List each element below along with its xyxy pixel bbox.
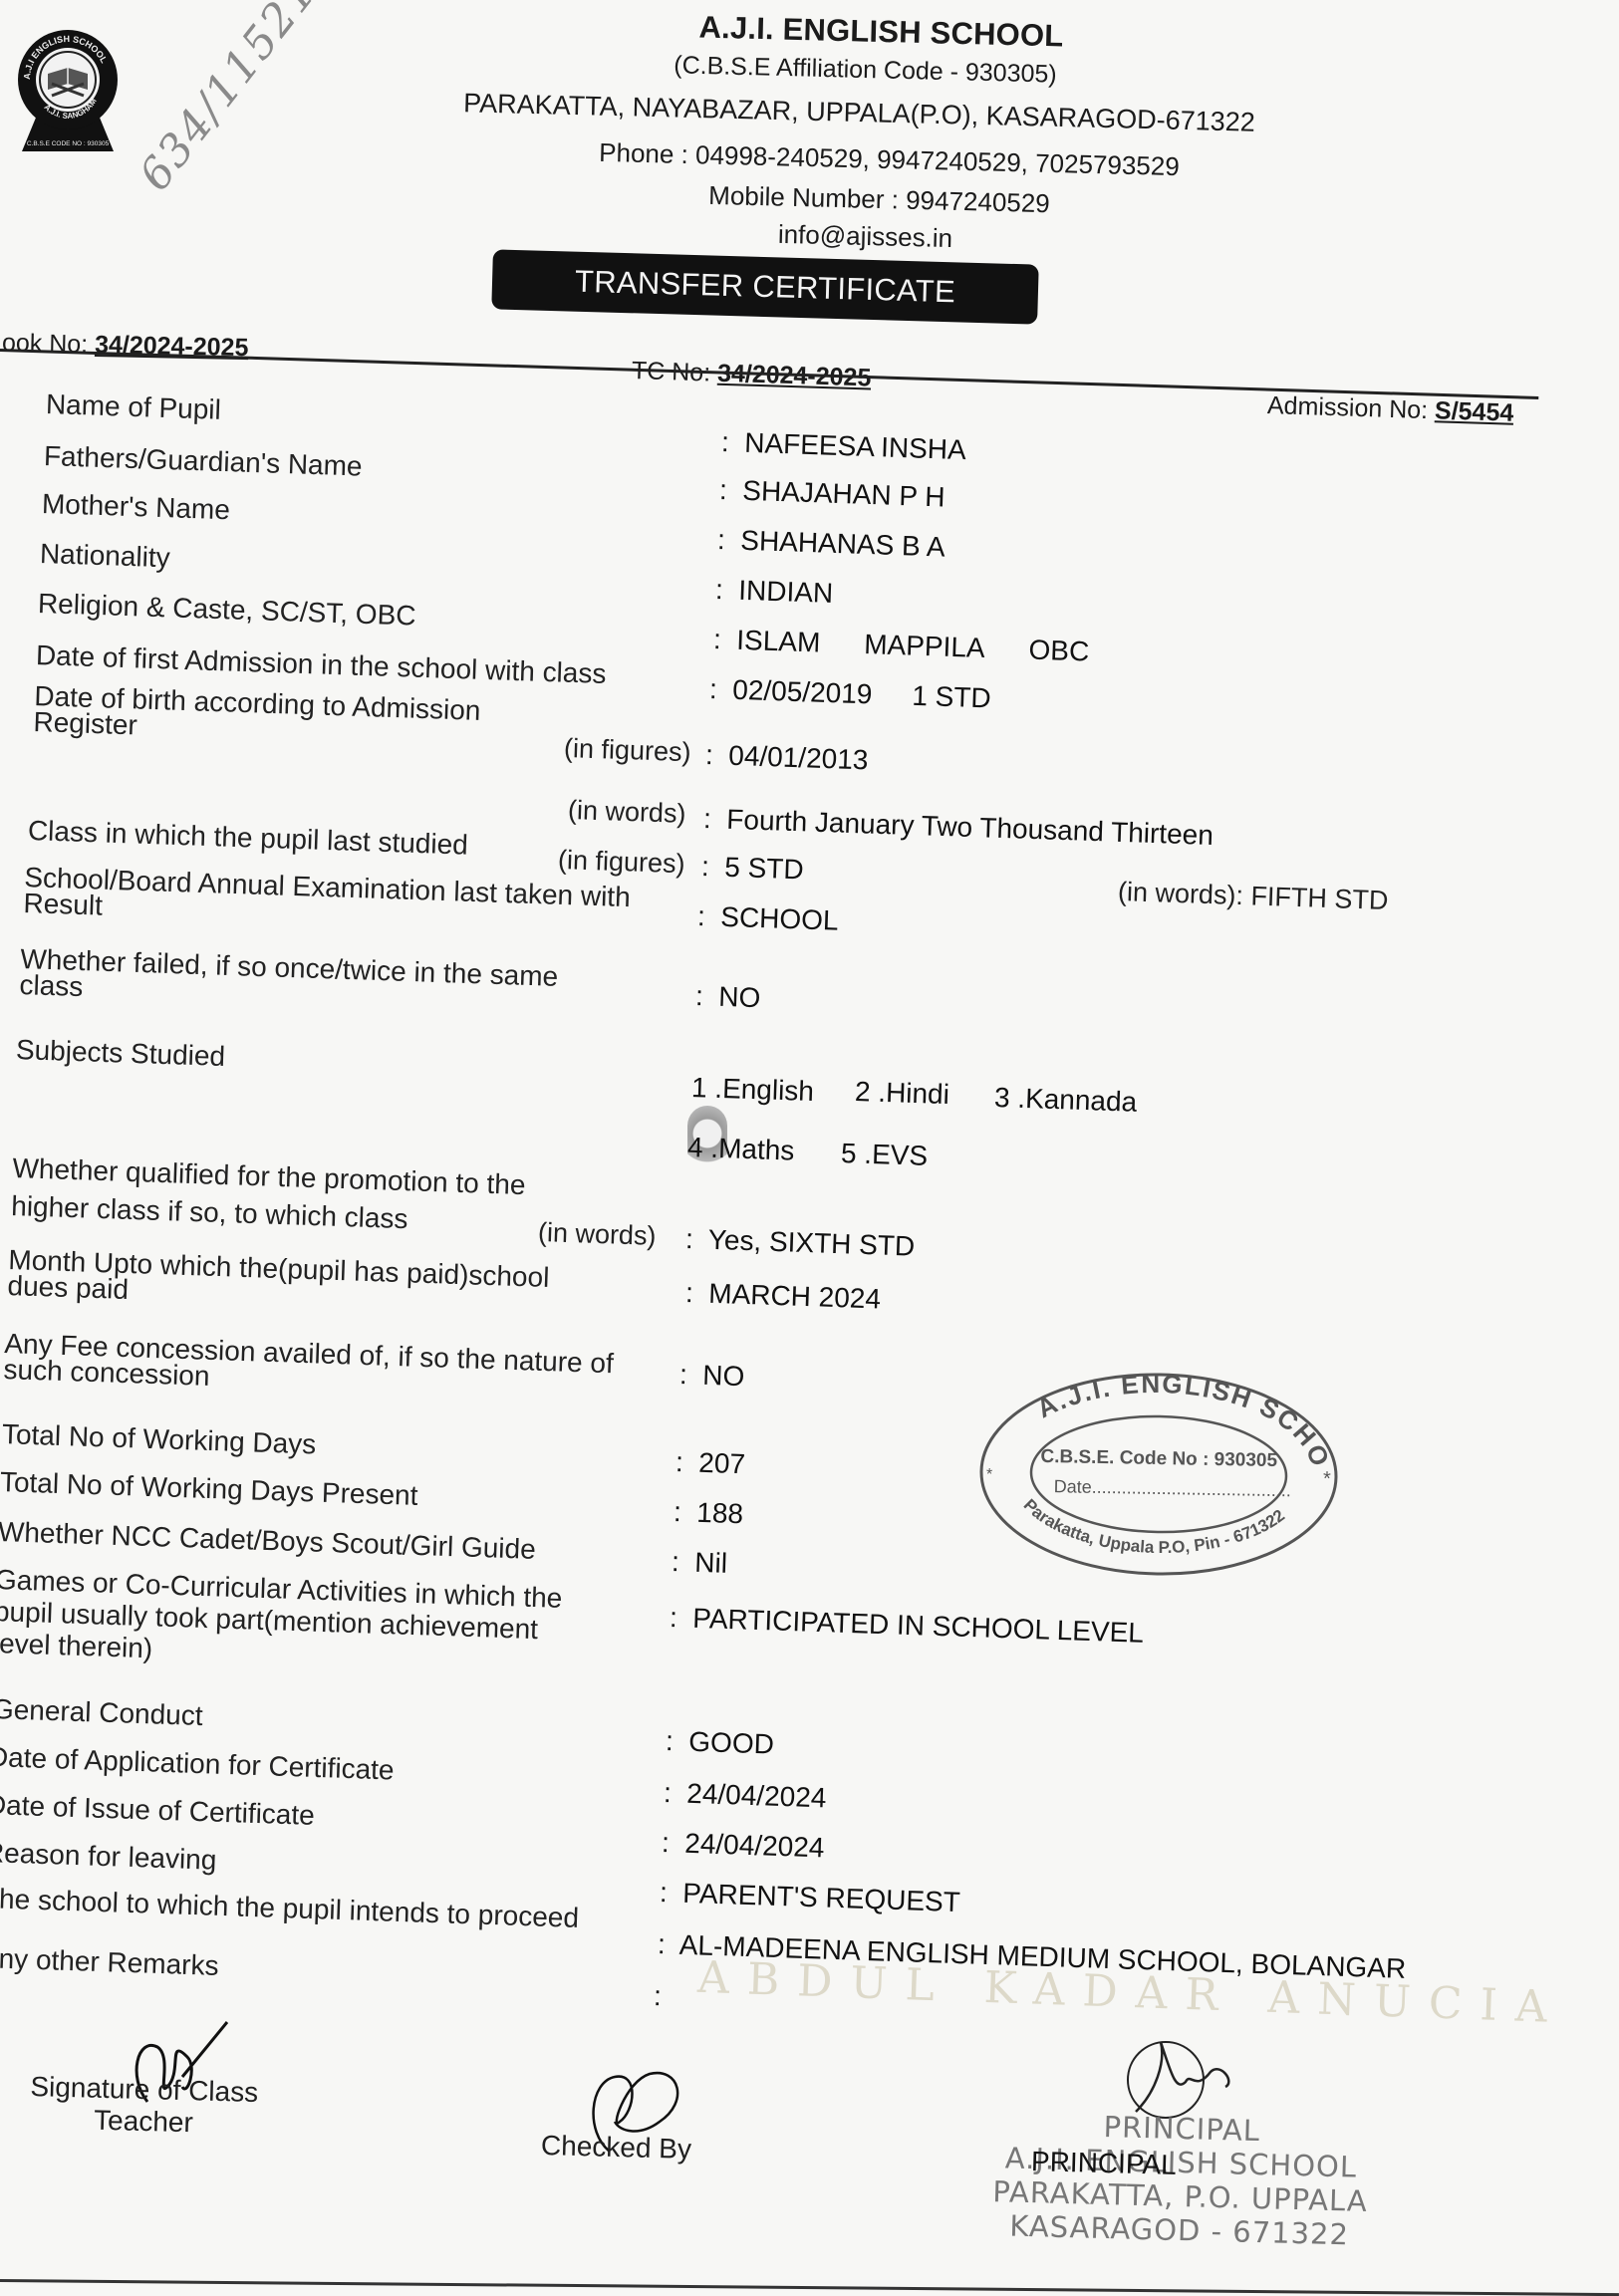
label-dob: Date of birth according to Admission Reg… [33, 683, 481, 750]
value-ncc: : Nil [671, 1546, 727, 1580]
svg-text:*: * [986, 1466, 993, 1483]
value-reason: : PARENT'S REQUEST [659, 1877, 960, 1918]
label-dues: Month Upto which the(pupil has paid)scho… [7, 1247, 550, 1317]
value-exam: : SCHOOL [696, 900, 839, 937]
label-failed: Whether failed, if so once/twice in the … [19, 946, 558, 1016]
label-reason: Reason for leaving [0, 1837, 217, 1877]
principal-label: PRINCIPAL [1031, 2146, 1178, 2181]
label-mother-name: Mother's Name [41, 488, 230, 526]
subject-item: 3 .Kannada [993, 1082, 1137, 1119]
value-pupil-name: : NAFEESA INSHA [720, 426, 966, 466]
principal-stamp: PRINCIPAL A.J.I. ENGLISH SCHOOL PARAKATT… [979, 2107, 1381, 2252]
checked-by-label: Checked By [541, 2130, 692, 2166]
label-last-class: Class in which the pupil last studied [27, 815, 468, 862]
label-days-present: Total No of Working Days Present [0, 1466, 418, 1512]
label-working-days: Total No of Working Days [1, 1418, 316, 1460]
promotion-words-label: (in words) [537, 1217, 656, 1252]
value-conduct: : GOOD [665, 1725, 774, 1761]
value-first-admission: : 02/05/20191 STD [708, 673, 991, 714]
value-nationality: : INDIAN [714, 574, 833, 610]
dob-words-label: (in words) [567, 795, 685, 830]
value-father-name: : SHAJAHAN P H [718, 474, 945, 513]
value-fee-concession: : NO [678, 1359, 744, 1393]
subject-item: 4 .Maths [686, 1132, 794, 1167]
value-last-class-figures: : 5 STD [700, 851, 804, 886]
svg-text:Date..........................: Date....................................… [1054, 1476, 1291, 1500]
label-promotion: Whether qualified for the promotion to t… [11, 1148, 526, 1240]
value-activities: : PARTICIPATED IN SCHOOL LEVEL [669, 1602, 1144, 1650]
label-fee-concession: Any Fee concession availed of, if so the… [3, 1331, 614, 1403]
label-application-date: Date of Application for Certificate [0, 1741, 395, 1787]
class-teacher-signature-label: Signature of Class Teacher [29, 2071, 258, 2141]
value-mother-name: : SHAHANAS B A [716, 524, 945, 564]
svg-text:*: * [1323, 1468, 1331, 1490]
last-class-figures-label: (in figures) [557, 845, 685, 880]
value-promotion: : Yes, SIXTH STD [684, 1223, 915, 1263]
value-dues: : MARCH 2024 [684, 1277, 881, 1315]
value-failed: : NO [694, 980, 760, 1014]
label-nationality: Nationality [39, 538, 170, 574]
label-conduct: General Conduct [0, 1693, 203, 1732]
value-working-days: : 207 [675, 1446, 745, 1480]
bottom-border [0, 2279, 1619, 2296]
label-subjects: Subjects Studied [15, 1034, 225, 1073]
svg-text:Parakatta, Uppala P.O, Pin - 6: Parakatta, Uppala P.O, Pin - 671322 [1019, 1495, 1289, 1559]
label-ncc: Whether NCC Cadet/Boys Scout/Girl Guide [0, 1516, 536, 1566]
value-remarks: : [653, 1980, 662, 2012]
label-remarks: Any other Remarks [0, 1942, 219, 1982]
label-exam: School/Board Annual Examination last tak… [23, 865, 631, 936]
value-application-date: : 24/04/2024 [663, 1777, 826, 1814]
value-religion-caste: : ISLAMMAPPILAOBC [712, 624, 1089, 667]
value-dob-words: : Fourth January Two Thousand Thirteen [702, 803, 1214, 852]
last-class-words-label: (in words): FIFTH STD [1117, 877, 1388, 916]
transfer-certificate-page: A.J.I ENGLISH SCHOOL A.J.I. SANGHAM C.B.… [0, 0, 1619, 2296]
header-divider [0, 349, 1538, 399]
document-title-banner: TRANSFER CERTIFICATE [491, 249, 1038, 324]
svg-text:C.B.S.E. Code No : 930305: C.B.S.E. Code No : 930305 [1040, 1446, 1277, 1471]
subject-item: 5 .EVS [840, 1138, 928, 1172]
dob-figures-label: (in figures) [563, 733, 691, 768]
label-activities: Games or Co-Curricular Activities in whi… [0, 1564, 563, 1678]
label-father-name: Fathers/Guardian's Name [43, 440, 363, 483]
label-religion-caste: Religion & Caste, SC/ST, OBC [37, 588, 416, 633]
value-days-present: : 188 [673, 1496, 743, 1530]
label-issue-date: Date of Issue of Certificate [0, 1789, 315, 1832]
label-pupil-name: Name of Pupil [45, 388, 221, 426]
subject-item: 2 .Hindi [854, 1076, 949, 1111]
value-issue-date: : 24/04/2024 [661, 1827, 824, 1864]
label-next-school: The school to which the pupil intends to… [0, 1883, 579, 1934]
school-seal: A.J.I. ENGLISH SCHOOL Parakatta, Uppala … [972, 1362, 1345, 1587]
subject-item: 1 .English [690, 1072, 814, 1108]
value-dob-figures: : 04/01/2013 [704, 739, 868, 776]
